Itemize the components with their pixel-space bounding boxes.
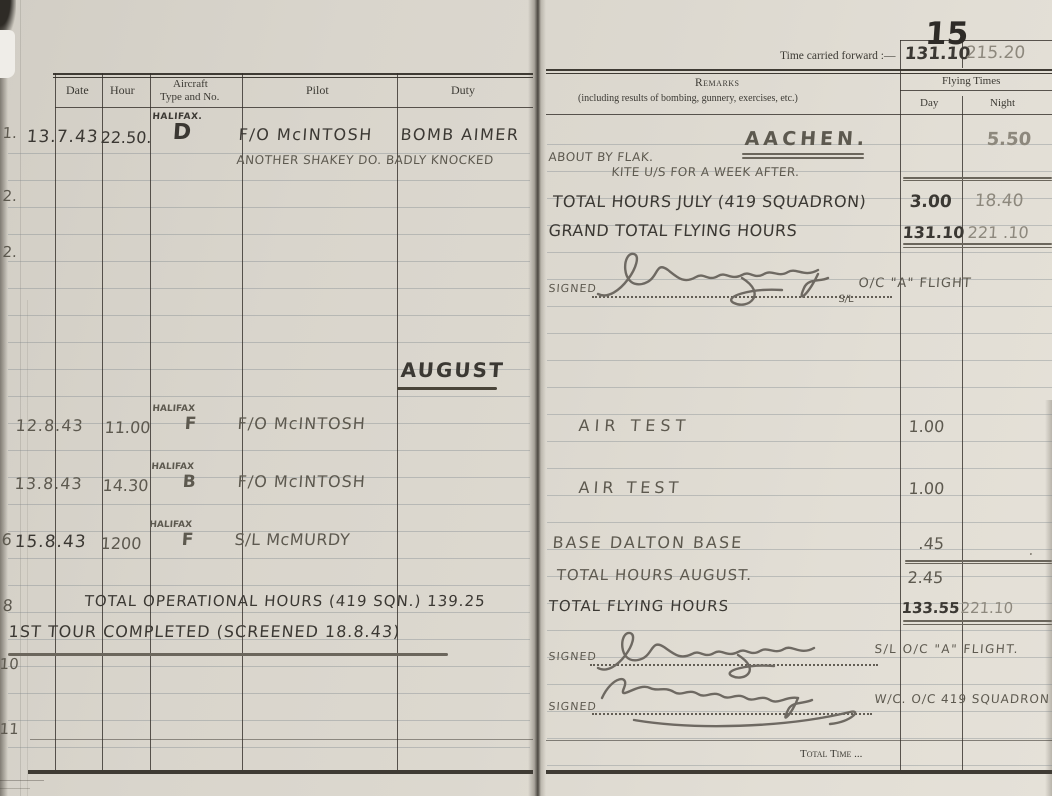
entry3-pilot: F/O McINTOSH [237,472,366,491]
col-line-date-hour [102,73,103,773]
time-rule-1b [903,180,1052,181]
time-rule-4a [903,620,1052,622]
col-header-duty: Duty [451,83,475,98]
signed2-suffix: S/L O/C "A" FLIGHT. [874,642,1020,656]
august-heading: AUGUST [400,358,505,382]
flying-times-underline [900,90,1052,91]
signature-oc-a-flight [592,248,872,308]
right-lower-rule [546,740,1052,741]
grand-total-night: 221 .10 [967,223,1029,242]
left-top-rule-1 [53,73,533,75]
entry3-remark: AIR TEST [578,478,683,497]
remarks-subtitle: (including results of bombing, gunnery, … [578,93,798,104]
grand-total-label: GRAND TOTAL FLYING HOURS [548,221,798,240]
entry4-remark: BASE DALTON BASE [552,533,744,552]
left-lower-rule [30,739,533,740]
margin-number-3: 2. [2,243,18,261]
margin-number-1: 1. [2,124,18,142]
signed1-rank: S/L [838,294,854,305]
time-rule-1a [903,177,1052,179]
july-total-night: 18.40 [974,191,1024,211]
entry3-aircraft-letter: B [182,472,196,492]
right-top-rule-2 [546,73,1052,75]
left-top-rule-2 [53,77,533,78]
flying-times-left-line [900,40,901,773]
left-bottom-rule [28,770,533,774]
col-line-pilot-duty [397,73,398,773]
remarks-title: Remarks [695,77,740,89]
margin-number-4: 6 [1,530,13,549]
margin-number-2: 2. [2,187,18,205]
signature-wc-oc-419-squadron [594,668,894,732]
entry2-aircraft-type: HALIFAX [152,404,195,414]
right-bottom-rule [546,770,1052,774]
august-underline [397,387,497,390]
carried-box-top-rule [900,40,1052,41]
entry4-day-time: .45 [918,534,945,553]
entry1-note-right1: ABOUT BY FLAK. [548,150,654,164]
carried-night-value: 215.20 [965,43,1026,63]
entry2-day-time: 1.00 [908,417,945,436]
scan-left-edge [0,0,8,796]
page-edge-line1 [0,780,44,781]
entry4-aircraft-type: HALIFAX [149,520,192,530]
entry4-aircraft-letter: F [181,530,194,550]
entry3-day-time: 1.00 [908,479,945,498]
entry4-hour: 1200 [100,534,142,553]
right-top-rule-1 [546,69,1052,71]
entry3-hour: 14.30 [102,476,149,495]
signed3-label: SIGNED [548,700,597,713]
margin-number-7: 11 [0,720,19,738]
entry2-date: 12.8.43 [15,416,84,435]
august-total-day: 2.45 [907,568,944,587]
time-rule-2a [903,243,1052,245]
operational-hours-line: TOTAL OPERATIONAL HOURS (419 SQN.) 139.2… [84,592,486,610]
left-header-bottom-rule [55,107,533,108]
july-total-day: 3.00 [909,192,952,212]
day-night-divider [962,96,963,773]
tour-completed-underline [8,653,448,656]
signed1-label: SIGNED [548,282,597,295]
time-rule-3b [905,563,1052,564]
entry2-pilot: F/O McINTOSH [237,414,366,433]
time-rule-3a [905,560,1052,562]
margin-number-5: 8 [2,596,14,615]
july-total-label: TOTAL HOURS JULY (419 SQUADRON) [552,192,867,211]
page-number: 15 [924,16,970,52]
night-header: Night [990,97,1015,109]
margin-number-6: 10 [0,655,19,673]
signed3-suffix: W/C. O/C 419 SQUADRON [874,692,1050,706]
page-edge-line2 [0,788,30,789]
total-flying-night: 221.10 [960,599,1014,617]
entry3-date: 13.8.43 [14,474,83,493]
entry1-note-left: ANOTHER SHAKEY DO. BADLY KNOCKED [236,153,494,167]
col-header-hour: Hour [110,83,135,98]
col-header-date: Date [66,83,89,98]
book-spine [528,0,546,796]
entry1-duty: BOMB AIMER [400,125,520,144]
entry1-aircraft-letter: D [172,120,192,145]
entry2-aircraft-letter: F [184,414,197,434]
flying-times-header: Flying Times [942,75,1000,87]
entry1-date: 13.7.43 [26,127,99,147]
target-underline-2 [742,157,864,159]
entry1-night-time: 5.50 [986,129,1032,150]
target-underline-1 [742,153,864,155]
total-time-label: Total Time ... [800,748,862,760]
total-flying-day: 133.55 [901,599,960,617]
tour-completed-line: 1ST TOUR COMPLETED (SCREENED 18.8.43) [8,622,401,641]
day-header: Day [920,97,938,109]
entry4-pilot: S/L McMURDY [234,530,351,549]
entry1-hour: 22.50. [100,128,152,147]
scan-corner-notch [0,30,15,78]
entry1-note-right2: KITE U/S FOR A WEEK AFTER. [611,165,800,179]
grand-total-day: 131.10 [902,223,965,242]
right-header-bottom-rule [546,114,1052,115]
entry4-date: 15.8.43 [14,532,87,552]
signed1-suffix: O/C "A" FLIGHT [858,276,972,291]
feint-lines-left [8,127,530,771]
signed2-label: SIGNED [548,650,597,663]
august-total-label: TOTAL HOURS AUGUST. [556,566,753,584]
col-header-aircraft-line2: Type and No. [160,91,219,103]
carried-forward-label: Time carried forward :— [780,50,896,62]
col-header-aircraft-line1: Aircraft [173,78,208,90]
time-rule-4b [903,624,1052,626]
entry1-target: AACHEN. [744,128,869,150]
logbook-spread: Date Hour Aircraft Type and No. Pilot Du… [0,0,1052,796]
col-header-pilot: Pilot [306,83,329,98]
time-rule-2b [903,247,1052,249]
entry2-hour: 11.00 [104,418,151,437]
total-flying-label: TOTAL FLYING HOURS [548,597,730,615]
entry1-pilot: F/O McINTOSH [238,125,373,144]
entry2-remark: AIR TEST [578,416,691,435]
entry3-aircraft-type: HALIFAX [151,462,194,472]
